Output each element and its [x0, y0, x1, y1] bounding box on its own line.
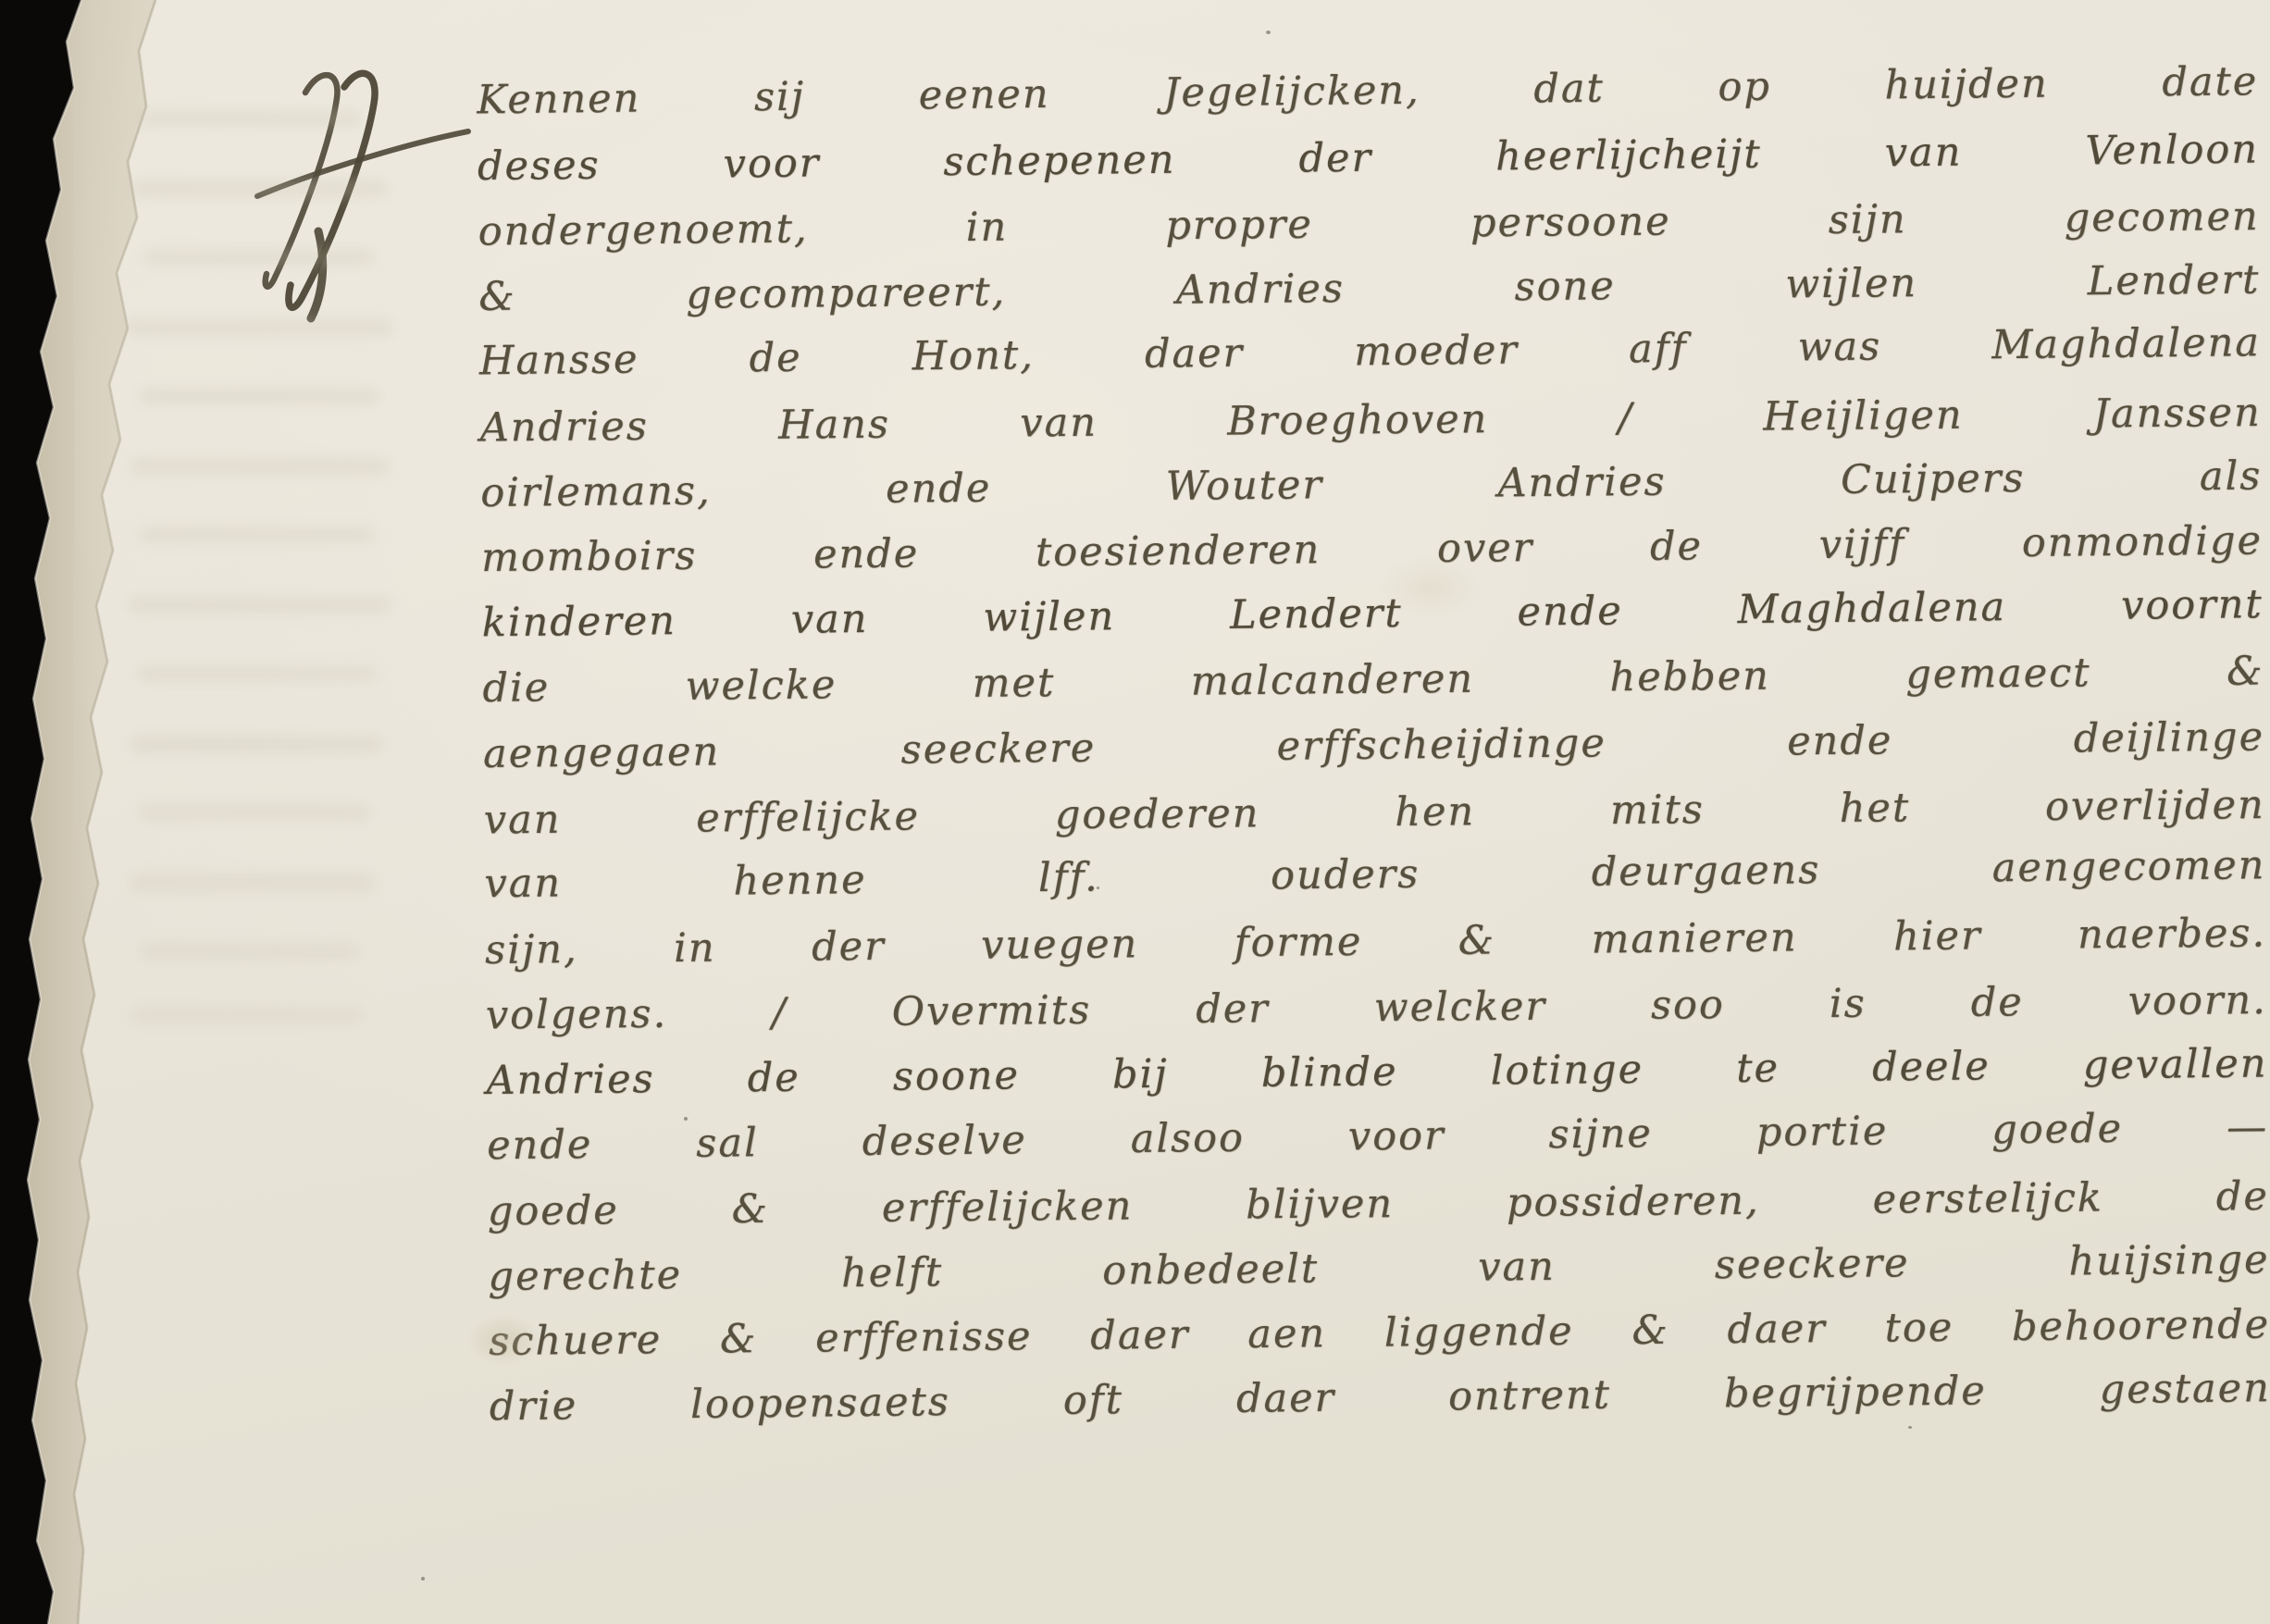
- manuscript-text-block: Kennen sij eenen Jegelijcken, dat op hui…: [477, 52, 2270, 1441]
- manuscript-page: Kennen sij eenen Jegelijcken, dat op hui…: [0, 0, 2270, 1624]
